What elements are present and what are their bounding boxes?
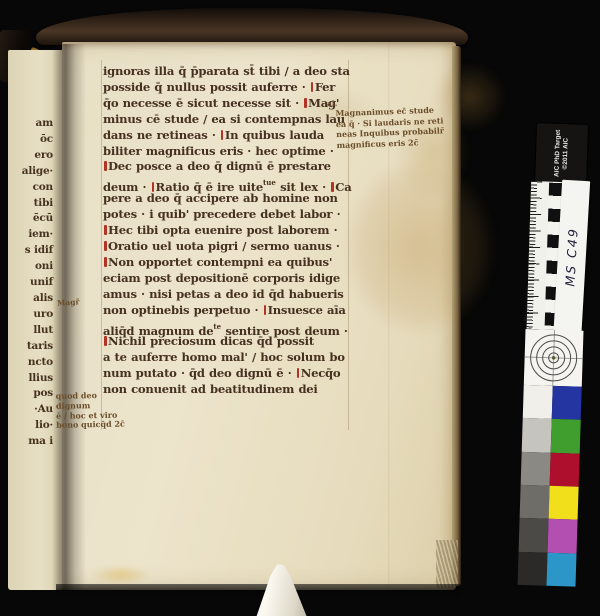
red-paragraph-mark	[104, 257, 107, 267]
red-paragraph-mark	[104, 225, 107, 235]
manuscript-line: ignoras illa q̄ p̄parata st̄ tibi / a de…	[103, 64, 353, 80]
text-segment: Oratio uel uota pigri / sermo uanus ·	[108, 239, 340, 253]
patch-cyan	[546, 552, 576, 586]
text-segment: In quibus lauda	[225, 128, 324, 142]
margin-fragment: ·Au	[8, 402, 58, 418]
gutter-shadow	[52, 44, 86, 592]
right-margin-gloss: Magnanimus ec̄ studeea q̄ · Si laudaris …	[335, 104, 460, 151]
left-margin-gloss: quod deodignumē / hoc et virobono quicq̄…	[56, 390, 147, 431]
text-segment: Nichil preciosum dicas q̄d possit	[108, 334, 314, 348]
margin-fragment: ēcū	[8, 211, 58, 227]
page-stack-corner	[436, 540, 458, 588]
book-cover-top-edge	[36, 8, 468, 45]
text-segment: pere a deo q̄ accipere ab homine non	[103, 191, 338, 205]
manuscript-line: amus · nisi petas a deo id q̄d habueris	[103, 287, 353, 303]
text-segment: eciam post depositionē corporis idige	[103, 271, 340, 285]
manuscript-line: minus cē stude / ea si contempnas lau	[103, 112, 353, 128]
red-paragraph-mark	[264, 305, 267, 315]
patch-magenta	[548, 519, 578, 553]
gutter-gloss: Magr̄	[57, 297, 80, 308]
fore-edge	[452, 46, 461, 586]
color-column	[546, 386, 581, 587]
patch-gray-light	[522, 418, 552, 452]
patch-gray-white	[523, 385, 553, 419]
margin-fragment: ncto	[8, 355, 58, 371]
margin-fragment: alige·	[8, 164, 58, 180]
manuscript-line: non optinebis perpetuo · Insuesce aīa	[103, 303, 353, 319]
red-paragraph-mark	[297, 368, 300, 378]
text-segment: num putato · q̄d deo dignū ē ·	[103, 366, 296, 380]
margin-fragment: taris	[8, 339, 58, 355]
margin-fragment: am	[8, 116, 58, 132]
manuscript-line: dans ne retineas · In quibus lauda	[103, 128, 353, 144]
ruling-line-left	[101, 60, 102, 430]
manuscript-line: Dec posce a deo q̄ dignū ē prestare	[103, 159, 353, 175]
text-segment: Necq̄o	[301, 366, 341, 380]
margin-fragment: iem·	[8, 227, 58, 243]
text-segment: posside q̄ nullus possit auferre ·	[103, 80, 310, 94]
manuscript-line: posside q̄ nullus possit auferre · Fer	[103, 80, 353, 96]
left-page-line-fragments: amōceroalige·contibiēcūiem·s idifoniunif…	[8, 116, 58, 450]
manuscript-line: Hec tibi opta euenire post laborem ·	[103, 223, 353, 239]
text-segment: Fer	[315, 80, 335, 94]
text-segment: Insuesce aīa	[268, 303, 346, 317]
text-segment: minus cē stude / ea si contempnas lau	[103, 112, 345, 126]
margin-fragment: ma i	[8, 434, 58, 450]
manuscript-line: a te auferre homo mal' / hoc solum bo	[103, 350, 353, 366]
margin-fragment: pos	[8, 386, 58, 402]
patch-gray-dark	[519, 518, 549, 552]
patch-green	[551, 419, 581, 453]
margin-fragment: llius	[8, 371, 58, 387]
text-segment: Non opportet contempni ea quibus'	[108, 255, 332, 269]
red-paragraph-mark	[221, 130, 224, 140]
margin-fragment: ōc	[8, 132, 58, 148]
text-segment: te	[213, 322, 221, 331]
text-segment: tue	[263, 178, 276, 187]
margin-fragment: con	[8, 180, 58, 196]
patch-blue	[552, 386, 582, 420]
right-gloss-mark: al.	[327, 99, 337, 108]
margin-fragment: alis	[8, 291, 58, 307]
ruler-metric-label: Metric	[523, 304, 530, 321]
patch-gray-mid	[521, 452, 551, 486]
text-segment: ignoras illa q̄ p̄parata st̄ tibi / a de…	[103, 64, 350, 78]
margin-fragment: tibi	[8, 196, 58, 212]
margin-fragment: ero	[8, 148, 58, 164]
shelfmark-text: MS C49	[563, 226, 581, 286]
bullseye-icon	[524, 329, 584, 387]
manuscript-line: eciam post depositionē corporis idige	[103, 271, 353, 287]
page-bottom-shadow	[56, 584, 460, 604]
margin-fragment: llut	[8, 323, 58, 339]
text-segment: a te auferre homo mal' / hoc solum bo	[103, 350, 345, 364]
patch-red	[550, 452, 580, 486]
target-header: AIC PhD Target ©2011 AIC	[535, 123, 588, 183]
red-paragraph-mark	[104, 241, 107, 251]
text-segment: Dec posce a deo q̄ dignū ē prestare	[108, 159, 331, 173]
text-segment: q̄o necesse ē sicut necesse sit ·	[103, 96, 303, 110]
margin-fragment: lio·	[8, 418, 58, 434]
text-segment: non optinebis perpetuo ·	[103, 303, 263, 317]
manuscript-line: biliter magnificus eris · hec optime ·	[103, 144, 353, 160]
manuscript-line: pere a deo q̄ accipere ab homine non	[103, 191, 353, 207]
target-header-text: AIC PhD Target ©2011 AIC	[553, 129, 569, 177]
manuscript-line: Oratio uel uota pigri / sermo uanus ·	[103, 239, 353, 255]
manuscript-photo-scene: amōceroalige·contibiēcūiem·s idifoniunif…	[0, 0, 600, 616]
red-paragraph-mark	[104, 336, 107, 346]
gloss-line: bono quicq̄d 2c̄	[56, 420, 146, 431]
color-calibration-target: AIC PhD Target ©2011 AIC Metric MS C49	[518, 123, 592, 587]
text-segment: potes · i quib' precedere debet labor ·	[103, 207, 340, 221]
manuscript-line: deum · Ratio q̄ ē ire uitetue sit lex · …	[103, 175, 353, 191]
manuscript-line: aliq̄d magnum dete sentire post deum ·	[103, 319, 353, 335]
red-paragraph-mark	[104, 161, 107, 171]
text-segment: dans ne retineas ·	[103, 128, 220, 142]
manuscript-line: num putato · q̄d deo dignū ē · Necq̄o	[103, 366, 353, 382]
margin-fragment: unif	[8, 275, 58, 291]
patch-gray-black	[518, 551, 548, 585]
margin-fragment: s idif	[8, 243, 58, 259]
margin-fragment: oni	[8, 259, 58, 275]
manuscript-line: potes · i quib' precedere debet labor ·	[103, 207, 353, 223]
text-segment: Hec tibi opta euenire post laborem ·	[108, 223, 337, 237]
color-patch-grid	[518, 385, 582, 587]
patch-yellow	[549, 486, 579, 520]
text-segment: amus · nisi petas a deo id q̄d habueris	[103, 287, 344, 301]
text-segment: biliter magnificus eris · hec optime ·	[103, 144, 334, 158]
manuscript-line: q̄o necesse ē sicut necesse sit · Mag'	[103, 96, 353, 112]
red-paragraph-mark	[311, 82, 314, 92]
parchment-stain	[92, 566, 150, 584]
patch-gray-dim	[520, 485, 550, 519]
red-paragraph-mark	[304, 98, 307, 108]
focus-bullseye-target	[524, 329, 584, 387]
margin-fragment: uro	[8, 307, 58, 323]
manuscript-line: Non opportet contempni ea quibus'	[103, 255, 353, 271]
main-text-block: ignoras illa q̄ p̄parata st̄ tibi / a de…	[103, 64, 353, 398]
